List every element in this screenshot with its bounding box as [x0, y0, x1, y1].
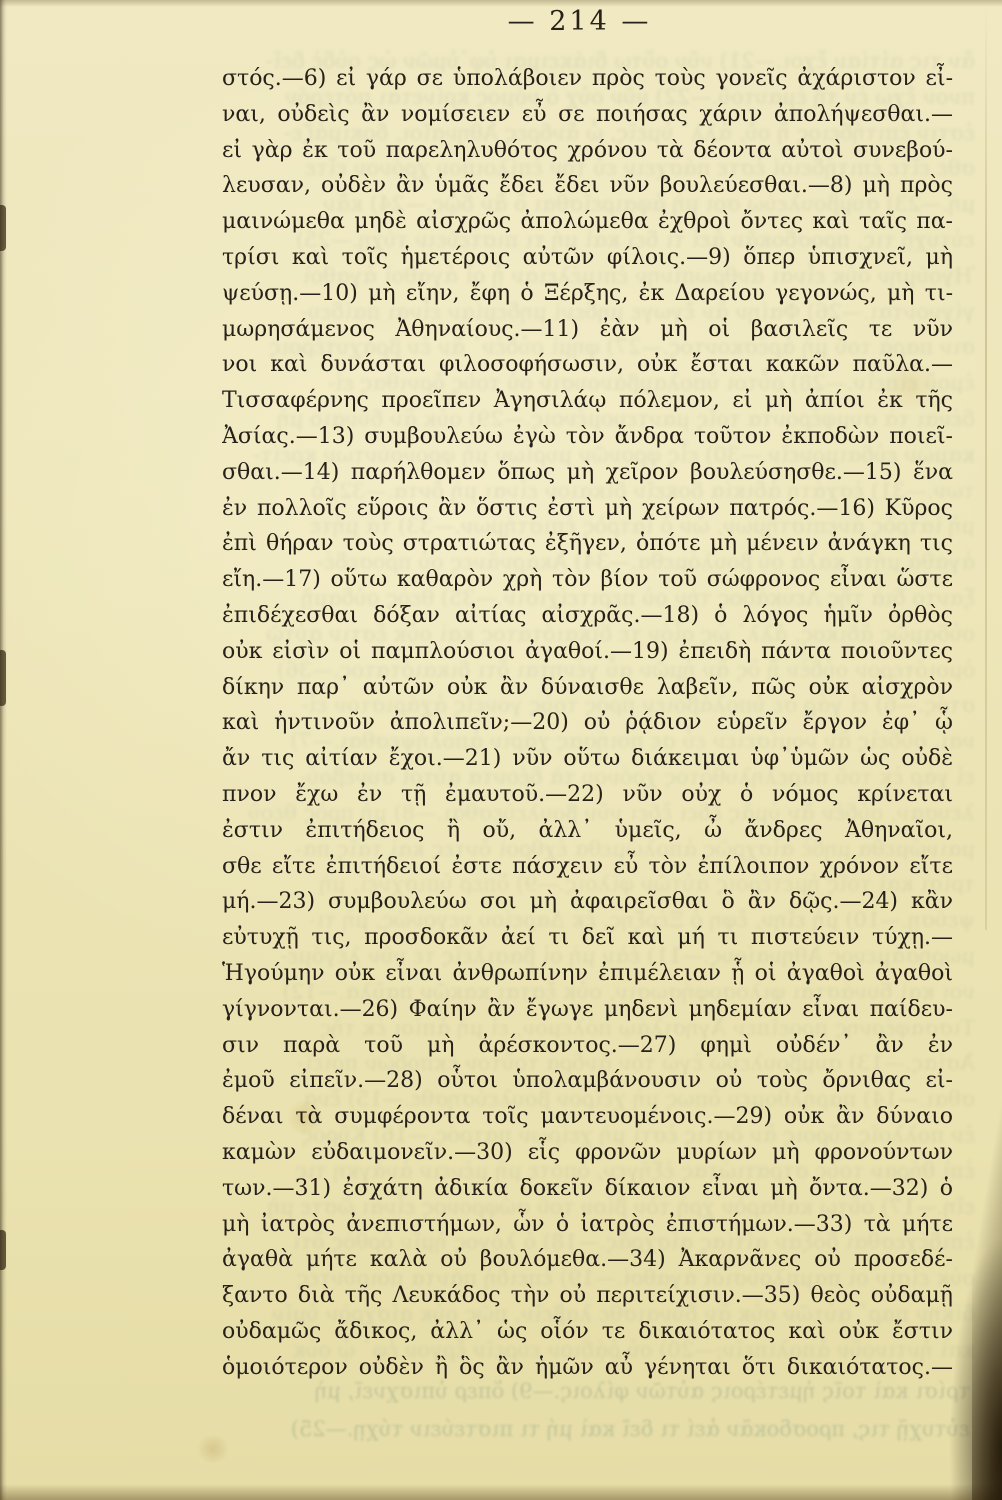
ghost-line: εὐτυχῇ τις, προσδοκᾶν ἀεί τι δεῖ καὶ μή … — [225, 1410, 970, 1448]
gutter-shadow-corner — [947, 1240, 1002, 1500]
text-line-21: πνον ἔχω ἐν τῇ ἐμαυτοῦ.—22) νῦν οὐχ ὁ νό… — [222, 777, 953, 813]
text-line-28: σιν παρὰ τοῦ μὴ ἀρέσκοντος.—27) φημὶ οὐδ… — [222, 1028, 953, 1064]
text-line-27: γίγνονται.—26) Φαίην ἂν ἔγωγε μηδενὶ μηδ… — [222, 992, 953, 1028]
text-line-3: εἰ γὰρ ἐκ τοῦ παρεληλυθότος χρόνου τὰ δέ… — [222, 133, 953, 169]
text-line-24: μή.—23) συμβουλεύω σοι μὴ ἀφαιρεῖσθαι ὃ … — [222, 884, 953, 920]
text-line-37: ὁμοιότερον οὐδὲν ἢ ὃς ἂν ἡμῶν αὖ γένηται… — [222, 1350, 953, 1386]
scan-edge-fragment — [0, 205, 6, 251]
text-line-19: καὶ ἡντινοῦν ἀπολιπεῖν;—20) οὐ ῥᾴδιον εὑ… — [222, 705, 953, 741]
text-line-10: Τισσαφέρνης προεῖπεν Ἀγησιλάῳ πόλεμον, ε… — [222, 383, 953, 419]
text-line-9: νοι καὶ δυνάσται φιλοσοφήσωσιν, οὐκ ἔστα… — [222, 347, 953, 383]
page-number-header: — 214 — — [222, 6, 937, 37]
text-line-13: ἐν πολλοῖς εὕροις ἂν ὅστις ἐστὶ μὴ χείρω… — [222, 491, 953, 527]
text-line-30: δέναι τὰ συμφέροντα τοῖς μαντευομένοις.—… — [222, 1099, 953, 1135]
scan-edge-bottom — [0, 1484, 1002, 1500]
text-line-32: των.—31) ἐσχάτη ἀδικία δοκεῖν δίκαιον εἶ… — [222, 1171, 953, 1207]
text-line-17: οὐκ εἰσὶν οἱ παμπλούσιοι ἀγαθοί.—19) ἐπε… — [222, 634, 953, 670]
text-line-4: λευσαν, οὐδὲν ἂν ὑμᾶς ἔδει ἔδει νῦν βουλ… — [222, 168, 953, 204]
text-line-31: καμὼν εὐδαιμονεῖν.—30) εἷς φρονῶν μυρίων… — [222, 1135, 953, 1171]
text-line-36: οὐδαμῶς ἄδικος, ἀλλ᾽ ὡς οἷόν τε δικαιότα… — [222, 1314, 953, 1350]
text-line-22: ἐστιν ἐπιτήδειος ἢ οὔ, ἀλλ᾽ ὑμεῖς, ὦ ἄνδ… — [222, 813, 953, 849]
scan-edge-fragment — [0, 650, 6, 706]
text-line-20: ἄν τις αἰτίαν ἔχοι.—21) νῦν οὕτω διάκειμ… — [222, 741, 953, 777]
text-line-7: ψεύσῃ.—10) μὴ εἴην, ἔφη ὁ Ξέρξης, ἐκ Δαρ… — [222, 276, 953, 312]
text-line-18: δίκην παρ᾽ αὐτῶν οὐκ ἂν δύναισθε λαβεῖν,… — [222, 670, 953, 706]
text-line-8: μωρησάμενος Ἀθηναίους.—11) ἐὰν μὴ οἱ βασ… — [222, 312, 953, 348]
text-line-34: ἀγαθὰ μήτε καλὰ οὐ βουλόμεθα.—34) Ἀκαρνᾶ… — [222, 1242, 953, 1278]
text-line-35: ξαντο διὰ τῆς Λευκάδος τὴν οὐ περιτείχισ… — [222, 1278, 953, 1314]
text-line-29: ἐμοῦ εἰπεῖν.—28) οὗτοι ὑπολαμβάνουσιν οὐ… — [222, 1063, 953, 1099]
text-line-25: εὐτυχῇ τις, προσδοκᾶν ἀεί τι δεῖ καὶ μή … — [222, 920, 953, 956]
text-line-12: σθαι.—14) παρήλθομεν ὅπως μὴ χεῖρον βουλ… — [222, 455, 953, 491]
page-crease — [985, 0, 987, 930]
scan-edge-fragment — [0, 1230, 6, 1270]
text-line-14: ἐπὶ θήραν τοὺς στρατιώτας ἐξῆγεν, ὁπότε … — [222, 526, 953, 562]
text-line-1: στός.—6) εἰ γάρ σε ὑπολάβοιεν πρὸς τοὺς … — [222, 61, 953, 97]
text-line-2: ναι, οὐδεὶς ἂν νομίσειεν εὖ σε ποιήσας χ… — [222, 97, 953, 133]
text-line-15: εἴη.—17) οὕτω καθαρὸν χρὴ τὸν βίον τοῦ σ… — [222, 562, 953, 598]
scanned-book-page: ἄν τις αἰτίαν ἔχοι.—21) νῦν οὕτω διάκειμ… — [0, 0, 1002, 1500]
text-line-33: μὴ ἰατρὸς ἀνεπιστήμων, ὧν ὁ ἰατρὸς ἐπιστ… — [222, 1207, 953, 1243]
text-line-6: τρίσι καὶ τοῖς ἡμετέροις αὐτῶν φίλοις.—9… — [222, 240, 953, 276]
text-line-11: Ἀσίας.—13) συμβουλεύω ἐγὼ τὸν ἄνδρα τοῦτ… — [222, 419, 953, 455]
scan-edge-top — [0, 0, 1002, 7]
text-line-26: Ἡγούμην οὐκ εἶναι ἀνθρωπίνην ἐπιμέλειαν … — [222, 956, 953, 992]
text-line-16: ἐπιδέχεσθαι δόξαν αἰτίας αἰσχρᾶς.—18) ὁ … — [222, 598, 953, 634]
text-line-5: μαινώμεθα μηδὲ αἰσχρῶς ἀπολώμεθα ἐχθροὶ … — [222, 204, 953, 240]
paper-stain — [195, 1435, 231, 1463]
text-line-23: σθε εἴτε ἐπιτήδειοί ἐστε πάσχειν εὖ τὸν … — [222, 849, 953, 885]
body-text: στός.—6) εἰ γάρ σε ὑπολάβοιεν πρὸς τοὺς … — [222, 61, 953, 1385]
